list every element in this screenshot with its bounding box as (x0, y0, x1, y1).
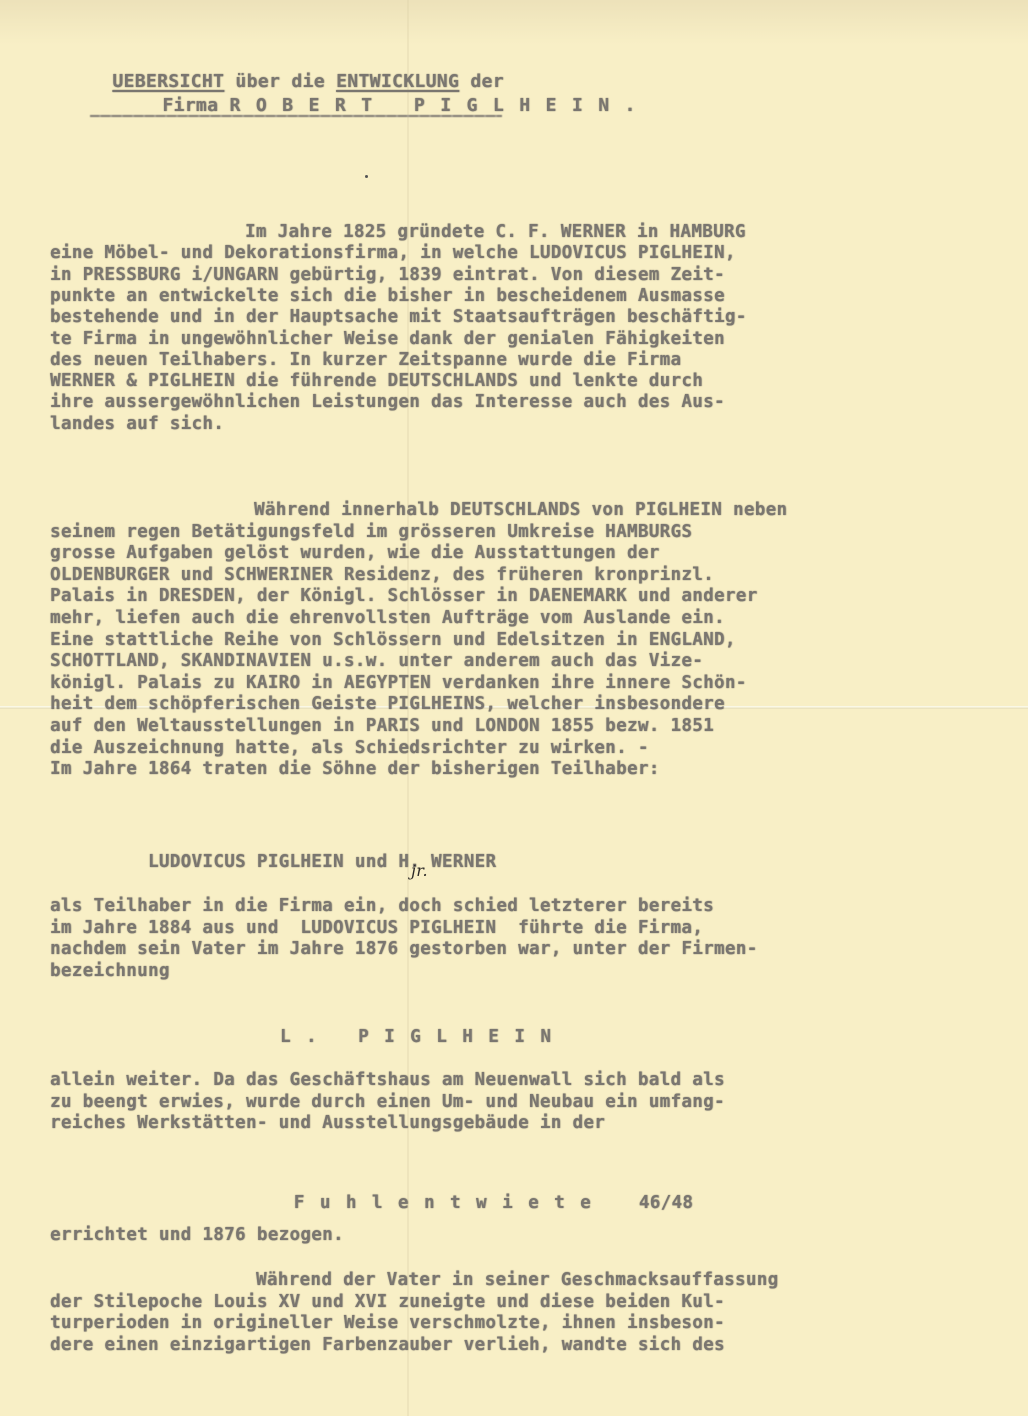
text-line: die Auszeichnung hatte, als Schiedsricht… (50, 738, 649, 759)
text-line: Während innerhalb DEUTSCHLANDS von PIGLH… (254, 500, 787, 521)
address-street: Fuhlentwiete (294, 1193, 606, 1213)
firm-name-line: L. PIGLHEIN (280, 1027, 566, 1048)
text-line: als Teilhaber in die Firma ein, doch sch… (50, 896, 714, 917)
text-line: Während der Vater in seiner Geschmacksau… (256, 1270, 779, 1291)
text-line: landes auf sich. (50, 414, 224, 435)
text-line: Palais in DRESDEN, der Königl. Schlösser… (50, 586, 758, 607)
text-line: in PRESSBURG i/UNGARN gebürtig, 1839 ein… (50, 265, 725, 286)
text-line: SCHOTTLAND, SKANDINAVIEN u.s.w. unter an… (50, 651, 703, 672)
text-line: punkte an entwickelte sich die bisher in… (50, 286, 725, 307)
text-line: grosse Aufgaben gelöst wurden, wie die A… (50, 543, 660, 564)
text-line: zu beengt erwies, wurde durch einen Um- … (50, 1092, 725, 1113)
text-line: königl. Palais zu KAIRO in AEGYPTEN verd… (50, 673, 747, 694)
text-line: OLDENBURGER und SCHWERINER Residenz, des… (50, 565, 714, 586)
text-line: allein weiter. Da das Geschäftshaus am N… (50, 1070, 725, 1091)
text-line: Im Jahre 1864 traten die Söhne der bishe… (50, 759, 660, 780)
text-line: auf den Weltausstellungen in PARIS und L… (50, 716, 714, 737)
text-line: bezeichnung (50, 961, 170, 982)
text-line: reiches Werkstätten- und Ausstellungsgeb… (50, 1113, 605, 1134)
text-line: turperioden in origineller Weise verschm… (50, 1313, 725, 1334)
text-line: des neuen Teilhabers. In kurzer Zeitspan… (50, 350, 681, 371)
text-line: te Firma in ungewöhnlicher Weise dank de… (50, 329, 725, 350)
address-line: Fuhlentwiete 46/48 (272, 1172, 693, 1214)
text-line: eine Möbel- und Dekorationsfirma, in wel… (50, 243, 736, 264)
text-line: errichtet und 1876 bezogen. (50, 1225, 344, 1246)
text-line: seinem regen Betätigungsfeld im grössere… (50, 522, 692, 543)
partners-line: LUDOVICUS PIGLHEIN und H. WERNER (148, 852, 496, 873)
document-title-line2: Firma ROBERT PIGLHEIN. (140, 74, 651, 116)
text-line: ihre aussergewöhnlichen Leistungen das I… (50, 392, 725, 413)
text-line: Im Jahre 1825 gründete C. F. WERNER in H… (245, 222, 746, 243)
text-line: WERNER & PIGLHEIN die führende DEUTSCHLA… (50, 371, 703, 392)
text-line: heit dem schöpferischen Geiste PIGLHEINS… (50, 694, 725, 715)
text-line: mehr, liefen auch die ehrenvollsten Auft… (50, 608, 725, 629)
text-line: bestehende und in der Hauptsache mit Sta… (50, 307, 747, 328)
title-firm-name: ROBERT PIGLHEIN. (230, 95, 651, 116)
title-firma: Firma (162, 95, 229, 116)
address-number: 46/48 (639, 1193, 693, 1213)
text-line: im Jahre 1884 aus und LUDOVICUS PIGLHEIN… (50, 918, 703, 939)
text-line: Eine stattliche Reihe von Schlössern und… (50, 630, 736, 651)
ink-speck (365, 175, 368, 178)
text-line: nachdem sein Vater im Jahre 1876 gestorb… (50, 939, 758, 960)
title-underline-rule (90, 115, 502, 117)
handwritten-annotation: jr. (411, 860, 428, 881)
text-line: dere einen einzigartigen Farbenzauber ve… (50, 1335, 725, 1356)
text-line: der Stilepoche Louis XV und XVI zuneigte… (50, 1292, 725, 1313)
